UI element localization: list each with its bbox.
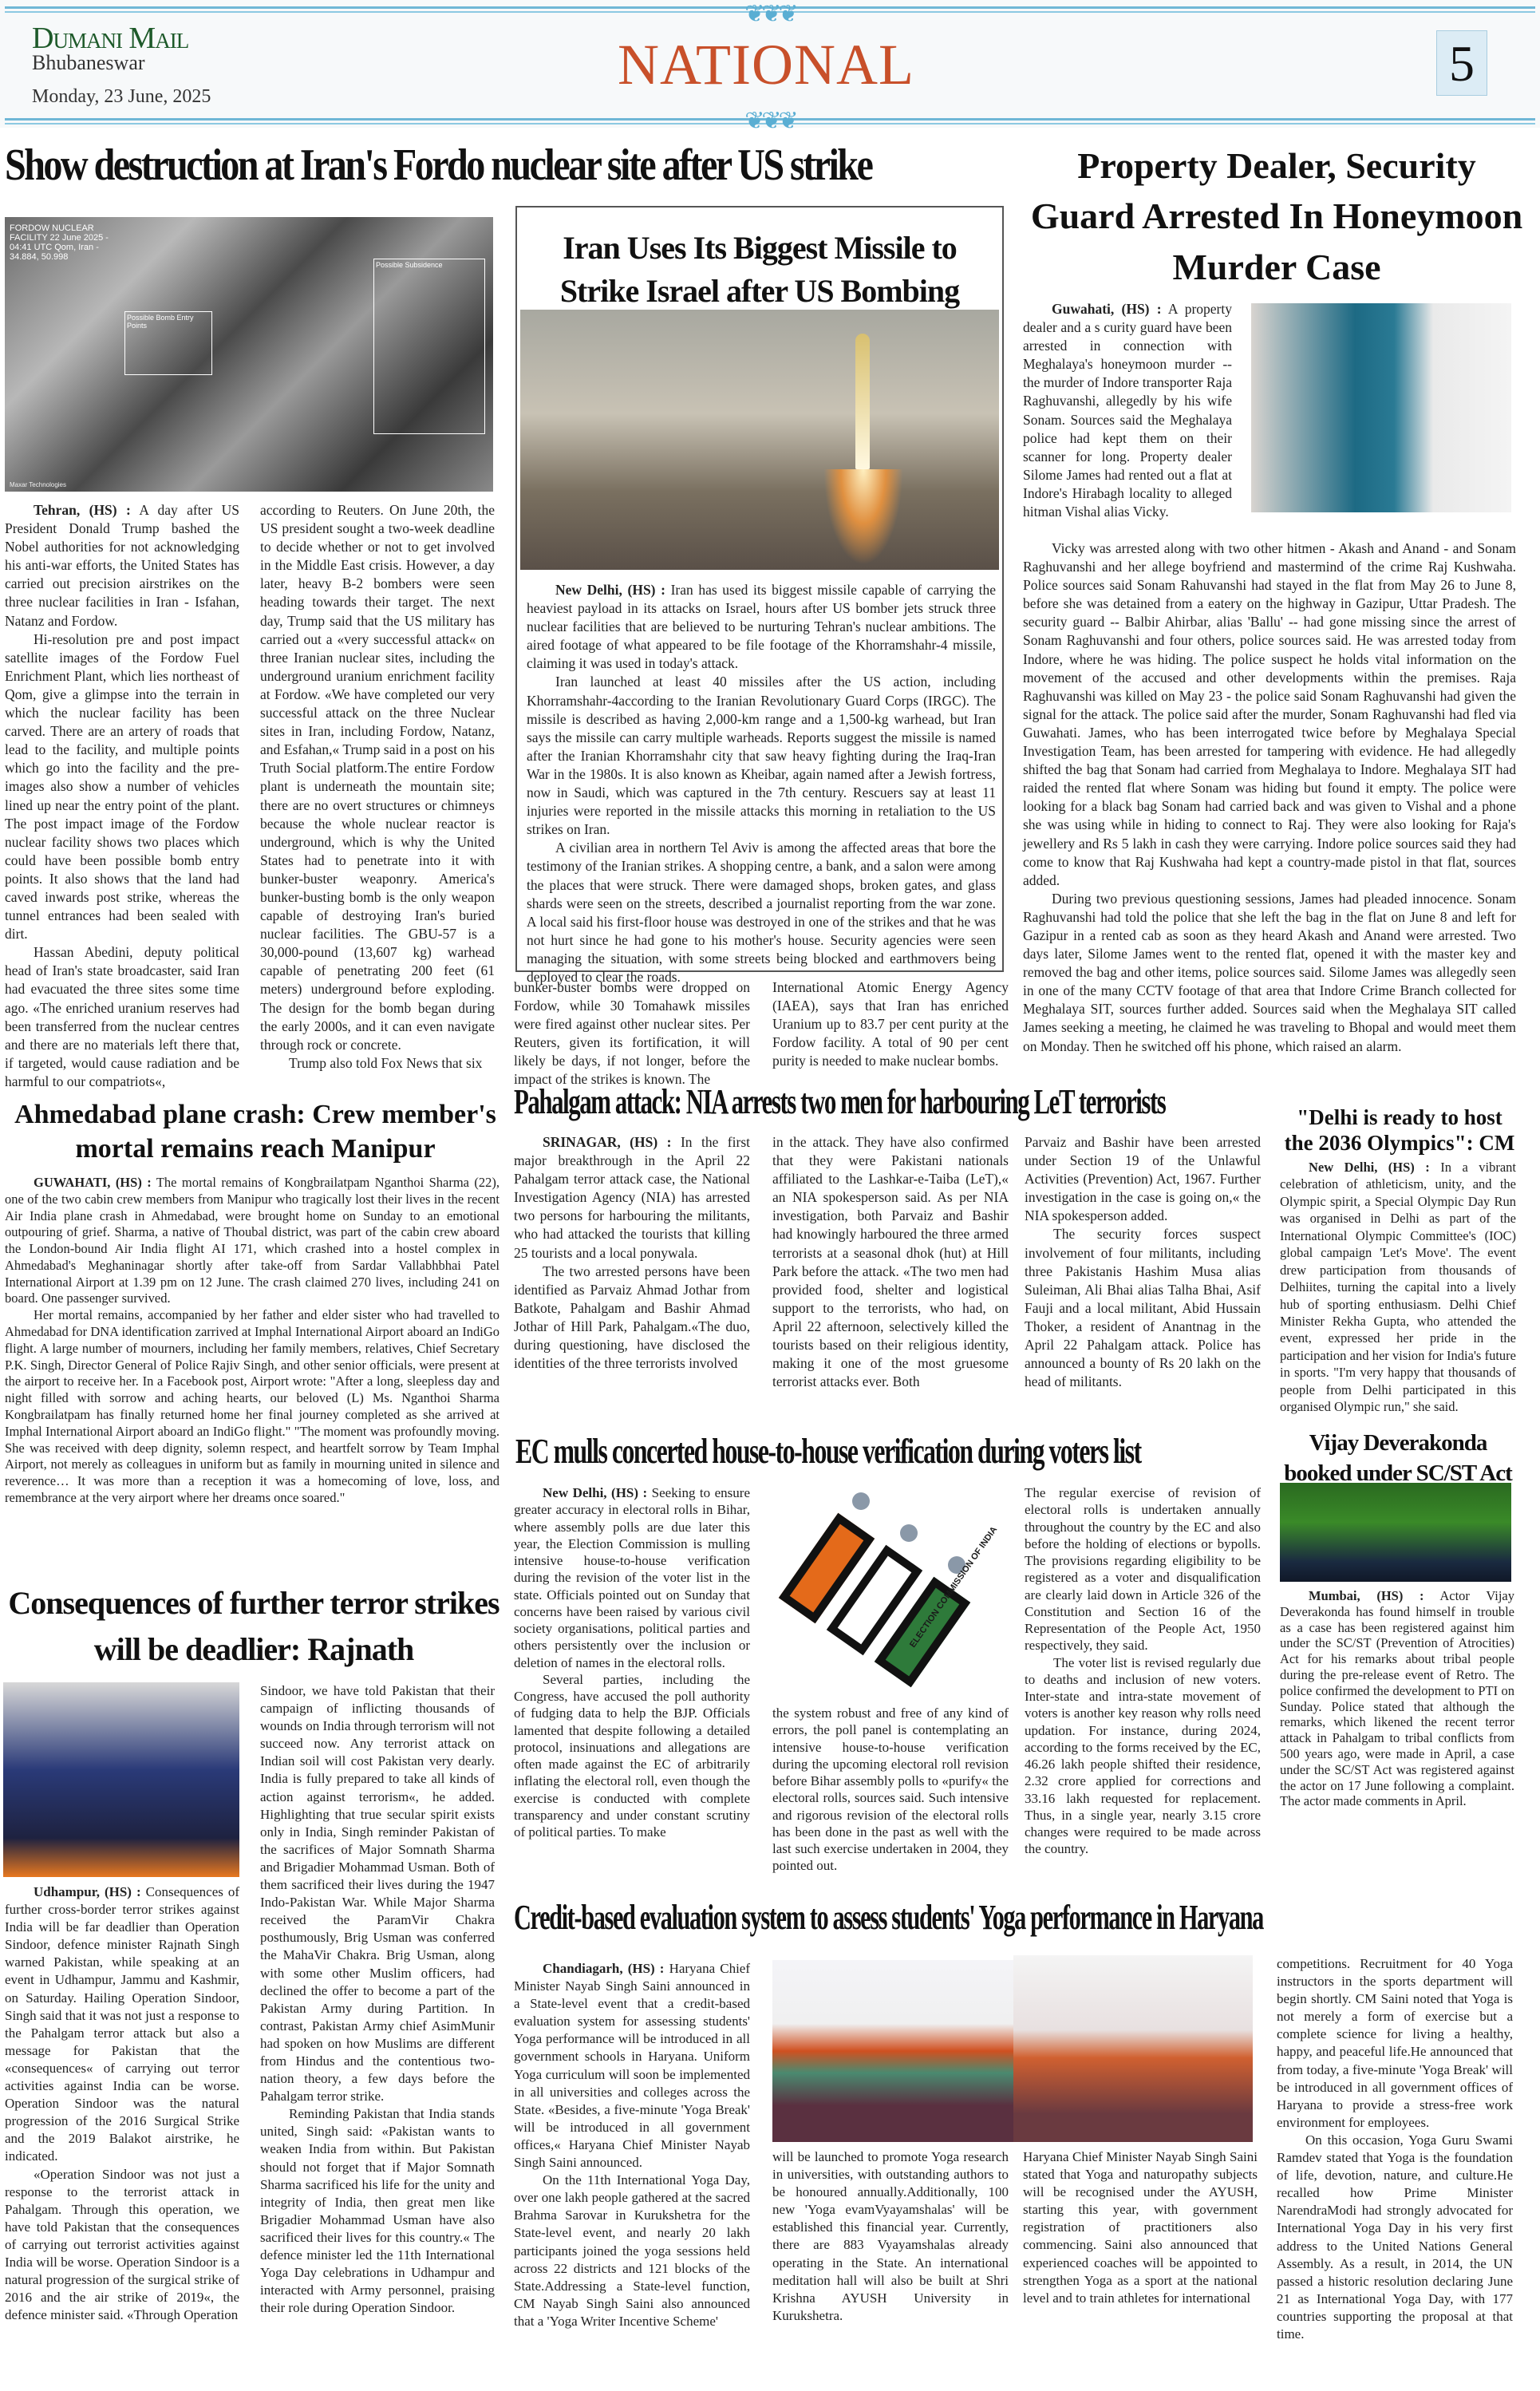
honeymoon-body: Vicky was arrested along with two other …	[1023, 539, 1516, 1056]
dateline: Tehran, (HS) :	[34, 502, 131, 518]
paragraph: Haryana Chief Minister Nayab Singh Saini…	[1023, 2148, 1258, 2307]
paragraph: Trump also told Fox News that six	[260, 1054, 495, 1073]
masthead: ❦❦❦ Dumani Mail Bhubaneswar Monday, 23 J…	[0, 0, 1540, 128]
headline-vijay: Vijay Deverakonda booked under SC/ST Act	[1280, 1429, 1516, 1488]
vijay-photo	[1280, 1483, 1511, 1582]
fordo-col1: Tehran, (HS) : A day after US President …	[5, 501, 239, 1091]
pahalgam-col3: Parvaiz and Bashir have been arrested un…	[1025, 1133, 1261, 1391]
fordow-satellite-image: FORDOW NUCLEAR FACILITY 22 June 2025 - 0…	[5, 217, 493, 492]
dateline: Guwahati, (HS) :	[1052, 301, 1162, 317]
rajnath-col1: Udhampur, (HS) : Consequences of further…	[5, 1883, 239, 2324]
paragraph: Parvaiz and Bashir have been arrested un…	[1025, 1133, 1261, 1225]
paragraph: Her mortal remains, accompanied by her f…	[5, 1307, 500, 1506]
headline-missile: Iran Uses Its Biggest Missile to Strike …	[536, 227, 983, 313]
paragraph: Vicky was arrested along with two other …	[1023, 539, 1516, 890]
missile-icon	[855, 334, 870, 469]
dateline: Chandiagarh, (HS) :	[543, 1961, 664, 1976]
dateline: New Delhi, (HS) :	[1309, 1160, 1430, 1175]
paragraph: Hassan Abedini, deputy political head of…	[5, 943, 239, 1091]
headline-plane: Ahmedabad plane crash: Crew member's mor…	[8, 1098, 503, 1166]
paragraph: the system robust and free of any kind o…	[772, 1705, 1009, 1875]
paragraph: Seeking to ensure greater accuracy in el…	[514, 1485, 750, 1670]
image-label: Possible Subsidence	[373, 259, 485, 434]
yoga-col2: will be launched to promote Yoga researc…	[772, 2148, 1009, 2325]
paragraph: The security forces suspect involvement …	[1025, 1225, 1261, 1391]
paragraph: On the 11th International Yoga Day, over…	[514, 2172, 750, 2330]
paragraph: Haryana Chief Minister Nayab Singh Saini…	[514, 1961, 750, 2170]
fordo-col2: according to Reuters. On June 20th, the …	[260, 501, 495, 1073]
pahalgam-col1: SRINAGAR, (HS) : In the first major brea…	[514, 1133, 750, 1373]
paragraph: A property dealer and a s curity guard h…	[1023, 301, 1232, 520]
paragraph: bunker-buster bombs were dropped on Ford…	[514, 978, 750, 1089]
paragraph: in the attack. They have also confirmed …	[772, 1133, 1009, 1391]
paragraph: The voter list is revised regularly due …	[1025, 1654, 1261, 1858]
dateline: New Delhi, (HS) :	[543, 1485, 647, 1500]
paragraph: A day after US President Donald Trump ba…	[5, 502, 239, 629]
headline-ec: EC mulls concerted house-to-house verifi…	[515, 1433, 1262, 1470]
election-commission-logo: ELECTION COMMISSION OF INDIA	[772, 1484, 1009, 1692]
paragraph: Reminding Pakistan that India stands uni…	[260, 2105, 495, 2317]
olympics-body: New Delhi, (HS) : In a vibrant celebrati…	[1280, 1159, 1516, 1416]
headline-fordo: Show destruction at Iran's Fordo nuclear…	[5, 142, 870, 198]
image-label: Possible Bomb Entry Points	[124, 311, 212, 375]
image-credit: Maxar Technologies	[10, 481, 66, 488]
rajnath-col2: Sindoor, we have told Pakistan that thei…	[260, 1682, 495, 2317]
headline-yoga: Credit-based evaluation system to assess…	[514, 1899, 1505, 1936]
paragraph: Several parties, including the Congress,…	[514, 1671, 750, 1841]
paragraph: Hi-resolution pre and post impact satell…	[5, 630, 239, 944]
paragraph: Actor Vijay Deverakonda has found himsel…	[1280, 1588, 1514, 1808]
headline-honeymoon: Property Dealer, Security Guard Arrested…	[1025, 140, 1529, 292]
rajnath-photo	[3, 1682, 239, 1877]
dateline: GUWAHATI, (HS) :	[34, 1175, 152, 1190]
dateline: SRINAGAR, (HS) :	[543, 1134, 671, 1150]
ornament-icon: ❦❦❦	[694, 0, 846, 29]
paragraph: The regular exercise of revision of elec…	[1025, 1484, 1261, 1654]
fordo-col4: International Atomic Energy Agency (IAEA…	[772, 978, 1009, 1070]
paragraph: The mortal remains of Kongbrailatpam Nga…	[5, 1175, 500, 1306]
paragraph: In the first major breakthrough in the A…	[514, 1134, 750, 1261]
logo-dot	[900, 1524, 918, 1542]
yoga-col3: Haryana Chief Minister Nayab Singh Saini…	[1023, 2148, 1258, 2307]
exhaust-plume	[823, 469, 903, 565]
paragraph: International Atomic Energy Agency (IAEA…	[772, 978, 1009, 1070]
paragraph: will be launched to promote Yoga researc…	[772, 2148, 1009, 2325]
paragraph: The two arrested persons have been ident…	[514, 1263, 750, 1373]
ec-col1: New Delhi, (HS) : Seeking to ensure grea…	[514, 1484, 750, 1840]
section-title: NATIONAL	[559, 32, 973, 98]
pahalgam-col2: in the attack. They have also confirmed …	[772, 1133, 1009, 1391]
headline-pahalgam: Pahalgam attack: NIA arrests two men for…	[514, 1084, 1273, 1120]
ec-col3: The regular exercise of revision of elec…	[1025, 1484, 1261, 1858]
fordo-col3: bunker-buster bombs were dropped on Ford…	[514, 978, 750, 1089]
page-number: 5	[1436, 30, 1487, 96]
logo-dot	[852, 1492, 870, 1510]
paragraph: A civilian area in northern Tel Aviv is …	[527, 839, 996, 986]
plane-body: GUWAHATI, (HS) : The mortal remains of K…	[5, 1175, 500, 1507]
yoga-col1: Chandiagarh, (HS) : Haryana Chief Minist…	[514, 1960, 750, 2330]
headline-olympics: "Delhi is ready to host the 2036 Olympic…	[1280, 1105, 1519, 1156]
paragraph: On this occasion, Yoga Guru Swami Ramdev…	[1277, 2132, 1513, 2343]
missile-body: New Delhi, (HS) : Iran has used its bigg…	[527, 581, 996, 986]
dateline: Mumbai, (HS) :	[1309, 1588, 1424, 1603]
ramdev-yoga-photo	[1013, 1955, 1253, 2142]
couple-photo	[1251, 303, 1511, 512]
dateline: New Delhi, (HS) :	[555, 582, 665, 598]
edition-city: Bhubaneswar	[32, 51, 145, 75]
paragraph: Iran launched at least 40 missiles after…	[527, 673, 996, 839]
edition-date: Monday, 23 June, 2025	[32, 86, 211, 108]
image-caption: FORDOW NUCLEAR FACILITY 22 June 2025 - 0…	[10, 223, 129, 262]
vijay-body: Mumbai, (HS) : Actor Vijay Deverakonda h…	[1280, 1588, 1514, 1809]
dateline: Udhampur, (HS) :	[34, 1884, 141, 1899]
paragraph: competitions. Recruitment for 40 Yoga in…	[1277, 1955, 1513, 2132]
paragraph: Sindoor, we have told Pakistan that thei…	[260, 1682, 495, 2105]
honeymoon-lead: Guwahati, (HS) : A property dealer and a…	[1023, 300, 1232, 521]
missile-launch-image	[520, 310, 999, 570]
paragraph: In a vibrant celebration of athleticism,…	[1280, 1160, 1516, 1414]
paragraph: During two previous questioning sessions…	[1023, 890, 1516, 1056]
paragraph: according to Reuters. On June 20th, the …	[260, 501, 495, 1054]
saini-yoga-photo	[772, 1960, 1013, 2142]
logo-text: ELECTION COMMISSION OF INDIA	[908, 1525, 999, 1650]
paragraph: «Operation Sindoor was not just a respon…	[5, 2166, 239, 2325]
ornament-icon: ❦❦❦	[694, 107, 846, 136]
headline-rajnath: Consequences of further terror strikes w…	[6, 1580, 501, 1673]
ec-col2: the system robust and free of any kind o…	[772, 1705, 1009, 1875]
yoga-col4: competitions. Recruitment for 40 Yoga in…	[1277, 1955, 1513, 2343]
paragraph: Consequences of further cross-border ter…	[5, 1884, 239, 2164]
